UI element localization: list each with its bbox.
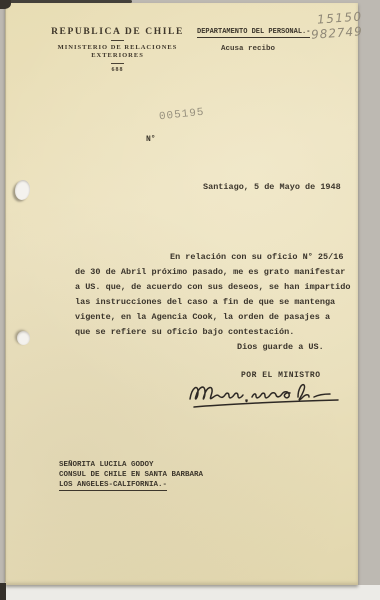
scan-top-edge-line [0,0,132,3]
handwritten-signature [186,379,356,413]
letter-body: En relación con su oficio N° 25/16 de 30… [75,250,350,355]
dateline: Santiago, 5 de Mayo de 1948 [203,182,341,192]
letterhead-ministry-line2: EXTERIORES [30,52,205,60]
body-line: vigente, en la Agencia Cook, la orden de… [75,310,350,325]
department-heading: DEPARTAMENTO DEL PERSONAL.- [197,28,310,38]
paper-left-crease [5,0,6,582]
letterhead-country: REPUBLICA DE CHILE [30,27,205,37]
letterhead-ministry-line1: MINISTERIO DE RELACIONES [30,44,205,52]
letterhead: REPUBLICA DE CHILE MINISTERIO DE RELACIO… [30,27,205,73]
letterhead-rule [111,40,124,41]
closing-salutation: Dios guarde a US. [75,340,350,355]
body-line: de 30 de Abril próximo pasado, me es gra… [75,265,350,280]
body-line: que se refiere su oficio bajo contestaci… [75,325,350,340]
recipient-name: SEÑORITA LUCILA GODOY [59,460,203,470]
body-line: En relación con su oficio N° 25/16 [75,250,350,265]
body-line: las instrucciones del caso a fin de que … [75,295,350,310]
letterhead-rule [111,63,124,64]
scan-bottom-corner-mark [0,583,6,600]
body-line: a US. que, de acuerdo con sus deseos, se… [75,280,350,295]
punch-hole-bottom [17,331,30,345]
reference-number-label: N° [146,135,156,144]
subject-line: Acusa recibo [221,45,275,53]
scanner-bed-strip [0,585,380,600]
letterhead-printer-mark: 688 [30,67,205,73]
recipient-city-text: LOS ANGELES-CALIFORNIA.- [59,480,167,491]
scanned-letter-page: REPUBLICA DE CHILE MINISTERIO DE RELACIO… [0,0,380,600]
recipient-title: CONSUL DE CHILE EN SANTA BARBARA [59,470,203,480]
recipient-address: SEÑORITA LUCILA GODOY CONSUL DE CHILE EN… [59,460,203,491]
recipient-city: LOS ANGELES-CALIFORNIA.- [59,480,203,491]
